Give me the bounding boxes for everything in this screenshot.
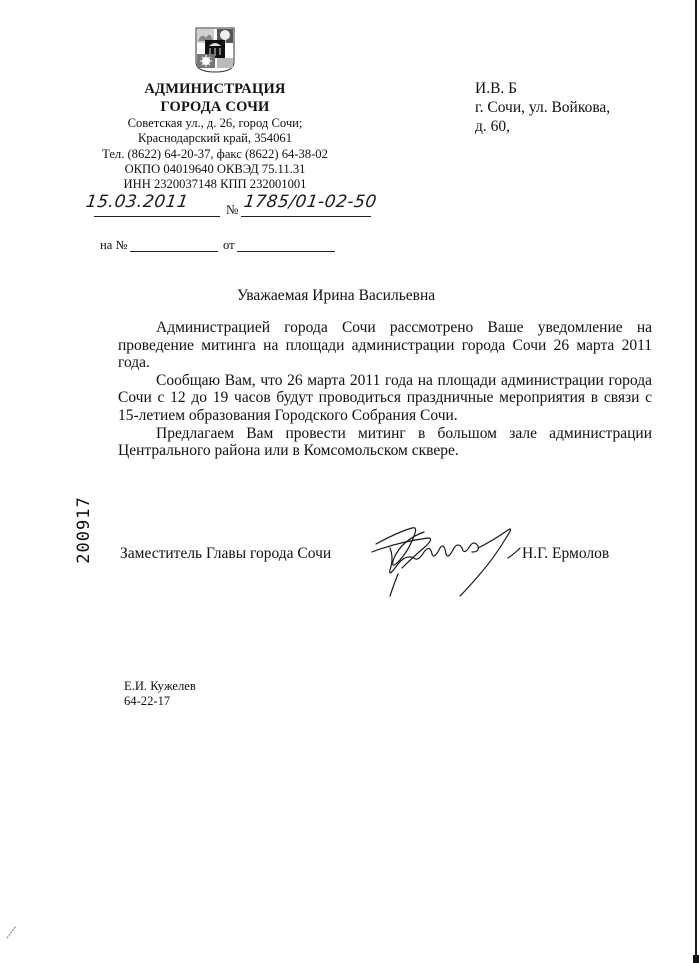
recipient-address: г. Сочи, ул. Войкова, — [475, 98, 675, 117]
paragraph: Предлагаем Вам провести митинг в большом… — [118, 425, 652, 460]
executor-info: Е.И. Кужелев 64-22-17 — [124, 679, 196, 709]
organization-name: АДМИНИСТРАЦИЯ ГОРОДА СОЧИ — [130, 80, 300, 116]
signer-name: Н.Г. Ермолов — [522, 545, 609, 563]
address-line: Советская ул., д. 26, город Сочи; — [85, 116, 345, 131]
reference-date-label: от — [223, 238, 235, 253]
outgoing-number: 1785/01-02-50 — [243, 192, 378, 212]
organization-address: Советская ул., д. 26, город Сочи; Красно… — [85, 116, 345, 192]
paragraph: Сообщаю Вам, что 26 марта 2011 года на п… — [118, 372, 652, 425]
number-underline — [241, 216, 371, 217]
handwritten-signature-icon — [368, 518, 538, 598]
outgoing-date: 15.03.2011 — [85, 192, 190, 212]
reference-number-line — [130, 251, 218, 252]
outgoing-registration: 15.03.2011 № 1785/01-02-50 — [86, 192, 396, 222]
executor-phone: 64-22-17 — [124, 694, 196, 709]
number-sign: № — [226, 202, 238, 218]
org-name-line: АДМИНИСТРАЦИЯ — [130, 80, 300, 98]
address-line: Краснодарский край, 354061 — [85, 131, 345, 146]
signatory-title: Заместитель Главы города Сочи — [120, 545, 331, 563]
recipient-block: И.В. Б г. Сочи, ул. Войкова, д. 60, — [475, 79, 675, 136]
reference-number-label: на № — [100, 238, 128, 253]
scan-edge-line — [695, 0, 697, 963]
date-underline — [94, 216, 220, 217]
scan-artifact-icon — [5, 925, 19, 939]
salutation: Уважаемая Ирина Васильевна — [237, 287, 435, 305]
contact-phones: Тел. (8622) 64-20-37, факс (8622) 64-38-… — [85, 147, 345, 162]
letter-body: Администрацией города Сочи рассмотрено В… — [118, 319, 652, 460]
reference-row: на № от — [100, 238, 400, 254]
reference-date-line — [237, 251, 335, 252]
recipient-house: д. 60, — [475, 117, 675, 136]
registration-stamp-number: 200917 — [64, 490, 104, 570]
scan-edge-corner — [693, 955, 699, 963]
recipient-name: И.В. Б — [475, 79, 675, 98]
executor-name: Е.И. Кужелев — [124, 679, 196, 694]
stamp-number-text: 200917 — [74, 496, 94, 563]
sochi-coat-of-arms-icon — [190, 24, 240, 74]
paragraph: Администрацией города Сочи рассмотрено В… — [118, 319, 652, 372]
inn-kpp: ИНН 2320037148 КПП 232001001 — [85, 177, 345, 192]
okpo-okved: ОКПО 04019640 ОКВЭД 75.11.31 — [85, 162, 345, 177]
org-name-line: ГОРОДА СОЧИ — [130, 98, 300, 116]
